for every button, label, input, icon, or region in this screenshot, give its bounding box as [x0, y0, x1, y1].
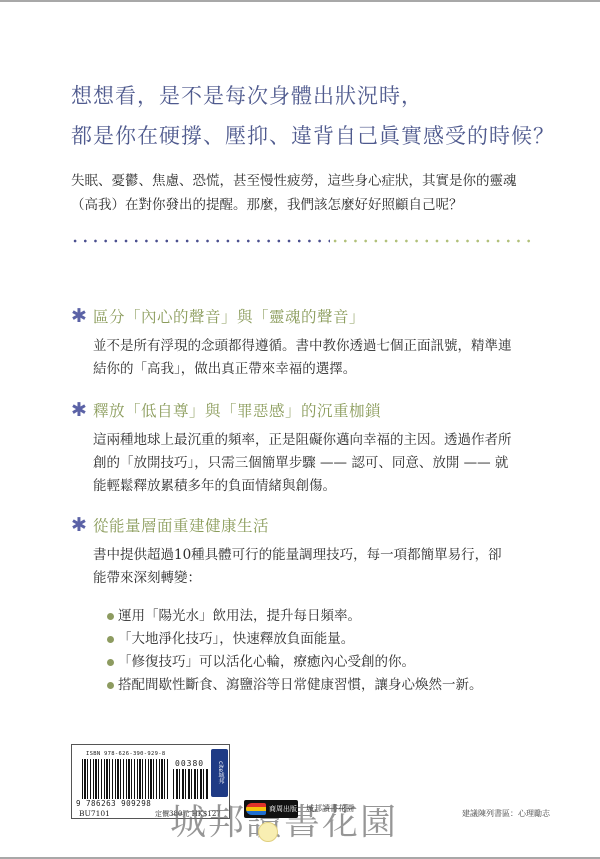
asterisk-icon: ✱	[71, 305, 93, 327]
section-inner-voice: ✱ 區分「內心的聲音」與「靈魂的聲音」 並不是所有浮現的念頭都得遵循。書中教你透…	[71, 305, 541, 381]
section-release-guilt: ✱ 釋放「低自尊」與「罪惡感」的沉重枷鎖 這兩種地球上最沉重的頻率，正是阻礙你邁…	[71, 399, 541, 498]
headline: 想想看，是不是每次身體出狀況時， 都是你在硬撐、壓抑、違背自己眞實感受的時候？	[71, 76, 555, 156]
bullet-icon	[107, 659, 114, 666]
publisher-name: 商周出版	[269, 804, 297, 814]
technique-list: 運用「陽光水」飲用法，提升每日頻率。 「大地淨化技巧」，快速釋放負面能量。 「修…	[107, 605, 541, 697]
book-code: BU7101	[79, 809, 110, 818]
headline-line-1: 想想看，是不是每次身體出狀況時，	[71, 76, 555, 116]
ean-digits: 9 786263 909298	[76, 799, 151, 808]
section-body: 書中提供超過10種具體可行的能量調理技巧，每一項都簡單易行，卻能帶來深刻轉變：	[93, 544, 513, 590]
asterisk-icon: ✱	[71, 399, 93, 421]
ean-barcode	[82, 759, 169, 799]
bullet-icon	[107, 682, 114, 689]
shelf-category-note: 建議陳列書區：心理勵志	[462, 808, 550, 819]
list-item: 「大地淨化技巧」，快速釋放負面能量。	[107, 628, 541, 651]
list-item: 搭配間歇性斷食、瀉鹽浴等日常健康習慣，讓身心煥然一新。	[107, 674, 541, 697]
dotted-divider-right	[330, 239, 532, 243]
intro-paragraph: 失眠、憂鬱、焦慮、恐慌，甚至慢性疲勞，這些身心症狀，其實是你的靈魂（高我）在對你…	[71, 169, 521, 217]
headline-line-2: 都是你在硬撐、壓抑、違背自己眞實感受的時候？	[71, 116, 555, 156]
publisher-logo: 商周出版	[244, 800, 298, 818]
top-border-line	[0, 0, 600, 2]
dotted-divider-left	[70, 239, 330, 243]
asterisk-icon: ✱	[71, 514, 93, 536]
section-title: 釋放「低自尊」與「罪惡感」的沉重枷鎖	[93, 399, 381, 421]
section-title: 區分「內心的聲音」與「靈魂的聲音」	[93, 305, 365, 327]
section-title: 從能量層面重建健康生活	[93, 514, 269, 536]
price-code: 00380	[175, 759, 204, 768]
list-item: 「修復技巧」可以活化心輪，療癒內心受創的你。	[107, 651, 541, 674]
cite-logo-icon: cite城邦	[211, 749, 228, 797]
bullet-icon	[107, 636, 114, 643]
bullet-icon	[107, 613, 114, 620]
section-body: 並不是所有浮現的念頭都得遵循。書中教你透過七個正面訊號，精準連結你的「高我」，做…	[93, 335, 513, 381]
isbn-text: ISBN 978-626-390-929-8	[86, 751, 165, 757]
mascot-icon	[258, 822, 278, 842]
section-body: 這兩種地球上最沉重的頻率，正是阻礙你邁向幸福的主因。透過作者所創的「放開技巧」，…	[93, 429, 513, 498]
site-name: 城邦讀書花園	[306, 803, 354, 814]
list-item: 運用「陽光水」飲用法，提升每日頻率。	[107, 605, 541, 628]
publisher-logo-icon	[246, 803, 266, 815]
section-energy-health: ✱ 從能量層面重建健康生活 書中提供超過10種具體可行的能量調理技巧，每一項都簡…	[71, 514, 541, 697]
